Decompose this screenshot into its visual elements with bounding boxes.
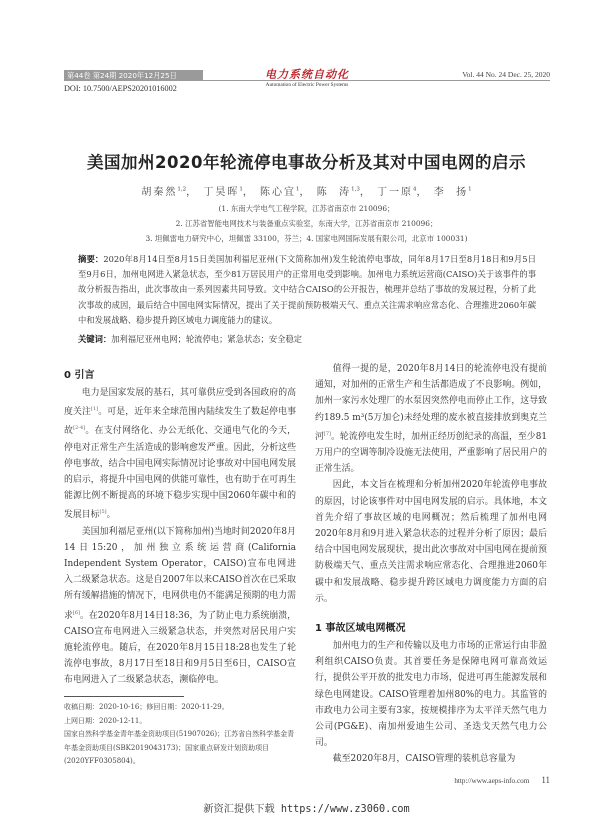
right-column: 值得一提的是，2020年8月14日的轮流停电没有提前通知，对加州的正常生产和生活… xyxy=(315,361,547,607)
paragraph: 加州电力的生产和传输以及电力市场的正常运行由非盈利组织CAISO负责。其首要任务… xyxy=(315,638,547,751)
author: 陈心宜1 xyxy=(260,187,300,198)
download-watermark: 新资汇提供下载 https://www.z3060.com xyxy=(0,800,613,815)
citation[interactable]: [2-4] xyxy=(73,425,85,431)
abstract-label: 摘要： xyxy=(78,254,103,264)
paragraph: 因此，本文旨在梳理和分析加州2020年轮流停电事故的原因，讨论该事件对中国电网发… xyxy=(315,477,547,607)
section-heading-1: 1 事故区域电网概况 xyxy=(315,619,405,634)
citation[interactable]: [6] xyxy=(73,610,80,616)
journal-logo-cn: 电力系统自动化 xyxy=(253,66,361,82)
doi: DOI: 10.7500/AEPS20201016002 xyxy=(64,84,177,93)
section-heading-intro: 0 引言 xyxy=(64,366,94,381)
citation[interactable]: [7] xyxy=(324,431,331,437)
funding-info: 国家自然科学基金青年基金资助项目(51907026)；江苏省自然科学基金青年基金… xyxy=(64,728,296,769)
paragraph: 截至2020年8月，CAISO管理的装机总容量为 xyxy=(315,751,547,767)
left-column: 电力是国家发展的基石，其可靠供应受到各国政府的高度关注[1]。可是，近年来全球范… xyxy=(64,385,296,689)
affiliation-line: 2. 江苏省智能电网技术与装备重点实验室，东南大学，江苏省南京市 210096； xyxy=(0,218,613,229)
author: 丁一原4 xyxy=(377,187,417,198)
footnote-rule xyxy=(64,696,184,697)
abstract-text: 2020年8月14日至8月15日美国加利福尼亚州(下文简称加州)发生轮流停电事故… xyxy=(78,254,536,325)
issue-band: 第44卷 第24期 2020年12月25日 xyxy=(64,70,203,81)
journal-name-en: Automation of Electric Power Systems xyxy=(243,82,371,88)
affiliation-line: 3. 坦佩雷电力研究中心，坦佩雷 33100，芬兰；4. 国家电网国际发展有限公… xyxy=(0,233,613,244)
author: 李 扬1 xyxy=(434,187,472,198)
online-date: 上网日期：2020-12-11。 xyxy=(64,715,296,729)
received-date: 收稿日期：2020-10-16；修回日期：2020-11-29。 xyxy=(64,701,296,715)
footnotes: 收稿日期：2020-10-16；修回日期：2020-11-29。 上网日期：20… xyxy=(64,701,296,769)
right-column-sec1: 加州电力的生产和传输以及电力市场的正常运行由非盈利组织CAISO负责。其首要任务… xyxy=(315,638,547,768)
page-number: 11 xyxy=(541,775,550,785)
paragraph: 值得一提的是，2020年8月14日的轮流停电没有提前通知，对加州的正常生产和生活… xyxy=(315,361,547,477)
keywords: 关键词：加利福尼亚州电网；轮流停电；紧急状态；安全稳定 xyxy=(78,333,536,345)
page-footer: http://www.aeps-info.com11 xyxy=(454,775,550,785)
author: 丁昊晖1 xyxy=(203,187,243,198)
citation[interactable]: [5] xyxy=(100,509,107,515)
keywords-label: 关键词： xyxy=(78,334,111,344)
abstract: 摘要：2020年8月14日至8月15日美国加利福尼亚州(下文简称加州)发生轮流停… xyxy=(78,252,536,328)
paragraph: 电力是国家发展的基石，其可靠供应受到各国政府的高度关注[1]。可是，近年来全球范… xyxy=(64,385,296,524)
article-title: 美国加州2020年轮流停电事故分析及其对中国电网的启示 xyxy=(0,149,613,173)
author: 陈 涛1,3 xyxy=(317,187,360,198)
author-list: 胡秦然1,2， 丁昊晖1， 陈心宜1， 陈 涛1,3， 丁一原4， 李 扬1 xyxy=(0,183,613,198)
affiliation-line: (1. 东南大学电气工程学院，江苏省南京市 210096； xyxy=(0,203,613,214)
paragraph: 美国加利福尼亚州(以下简称加州)当地时间2020年8月14日15:20，加州独立… xyxy=(64,524,296,689)
author: 胡秦然1,2 xyxy=(141,187,186,198)
volume-info: Vol. 44 No. 24 Dec. 25, 2020 xyxy=(462,70,550,79)
journal-url[interactable]: http://www.aeps-info.com xyxy=(454,777,529,785)
keywords-text: 加利福尼亚州电网；轮流停电；紧急状态；安全稳定 xyxy=(111,334,302,344)
